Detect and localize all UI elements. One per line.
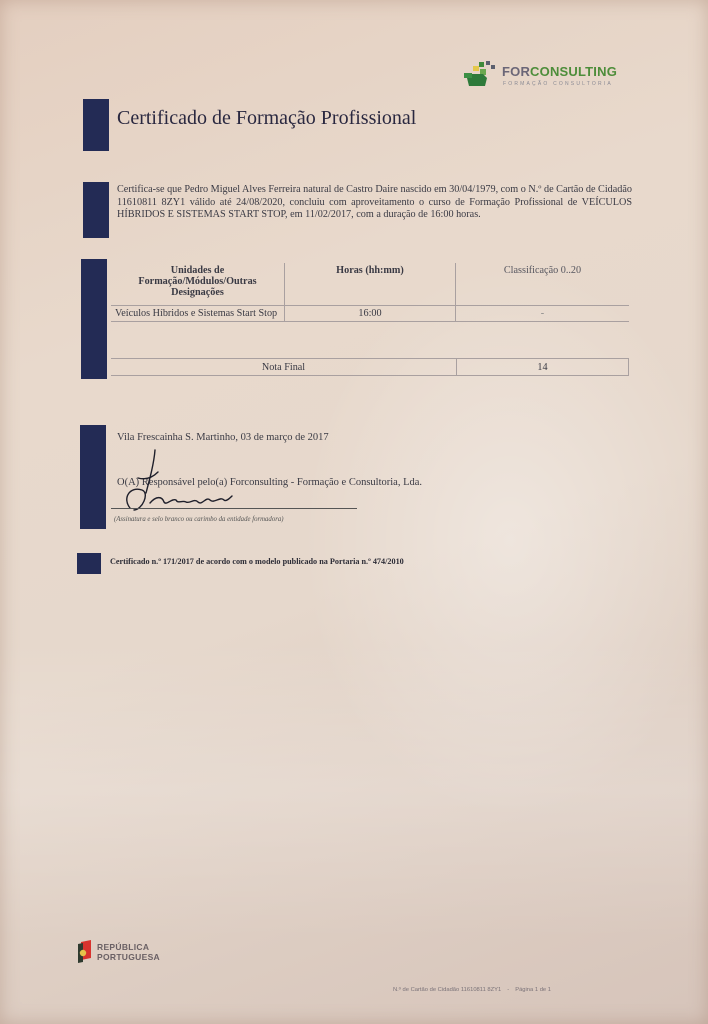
table-header-row: Unidades de Formação/Módulos/Outras Desi… <box>111 263 629 306</box>
cell-grade: - <box>456 306 630 322</box>
final-grade-row: Nota Final 14 <box>111 359 629 376</box>
cert-number-accent-bar <box>77 553 101 574</box>
logo-wordmark: FORCONSULTING <box>502 64 617 79</box>
photo-glare <box>300 260 708 820</box>
logo-tagline: FORMAÇÃO CONSULTORIA <box>503 81 613 87</box>
cell-hours: 16:00 <box>285 306 456 322</box>
republica-portuguesa-logo: REPÚBLICA PORTUGUESA <box>77 940 177 966</box>
signature-line <box>111 508 357 509</box>
footer-page: Página 1 de 1 <box>515 987 551 993</box>
republica-line1: REPÚBLICA <box>97 942 160 952</box>
footer-id: N.º de Cartão de Cidadão 11610811 8ZY1 <box>393 987 501 993</box>
final-grade-label: Nota Final <box>111 359 457 376</box>
final-grade-table: Nota Final 14 <box>111 358 629 376</box>
table-accent-bar <box>81 259 107 379</box>
signature-caption: (Assinatura e selo branco ou carimbo da … <box>114 516 284 523</box>
logo-word-consulting: CONSULTING <box>530 64 617 79</box>
portuguese-flag-icon <box>77 940 92 964</box>
page-footer: N.º de Cartão de Cidadão 11610811 8ZY1-P… <box>393 987 551 993</box>
units-table: Unidades de Formação/Módulos/Outras Desi… <box>111 263 629 322</box>
title-accent-bar <box>83 99 109 151</box>
signature-accent-bar <box>80 425 106 529</box>
statement-accent-bar <box>83 182 109 238</box>
header-grade: Classificação 0..20 <box>456 263 630 306</box>
republica-text: REPÚBLICA PORTUGUESA <box>97 942 160 962</box>
certificate-statement: Certifica-se que Pedro Miguel Alves Ferr… <box>117 184 632 222</box>
cell-unit: Veículos Híbridos e Sistemas Start Stop <box>111 306 285 322</box>
header-units: Unidades de Formação/Módulos/Outras Desi… <box>111 263 285 306</box>
final-grade-value: 14 <box>457 359 629 376</box>
logo-word-for: FOR <box>502 64 530 79</box>
forconsulting-logo: FORCONSULTING FORMAÇÃO CONSULTORIA <box>463 58 643 94</box>
header-hours: Horas (hh:mm) <box>285 263 456 306</box>
forconsulting-logo-icon <box>463 60 499 88</box>
photo-frame-edge <box>0 0 708 1024</box>
republica-line2: PORTUGUESA <box>97 952 160 962</box>
certificate-number: Certificado n.º 171/2017 de acordo com o… <box>110 557 404 566</box>
place-date: Vila Frescainha S. Martinho, 03 de março… <box>117 432 329 443</box>
table-row: Veículos Híbridos e Sistemas Start Stop … <box>111 306 629 322</box>
photo-glare-lower <box>0 640 708 940</box>
page-title: Certificado de Formação Profissional <box>117 107 416 130</box>
